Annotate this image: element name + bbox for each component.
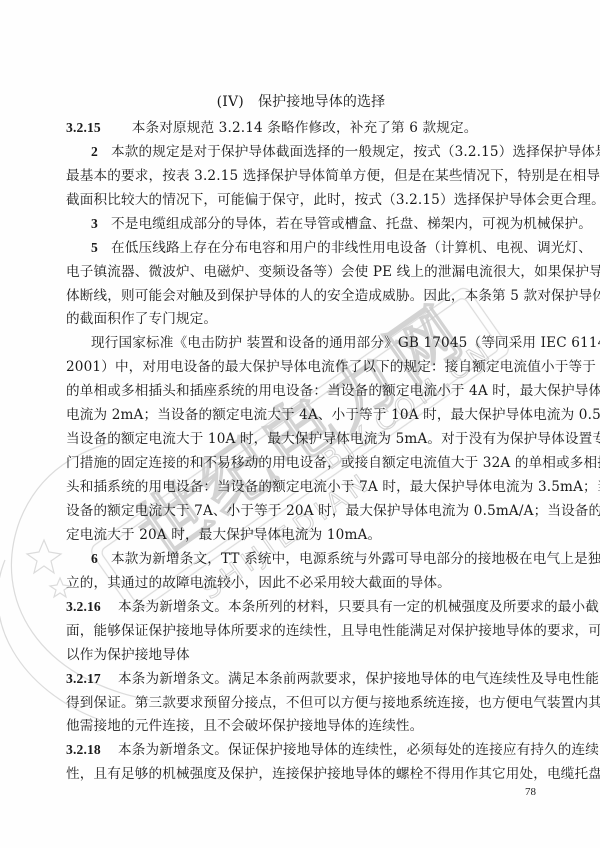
- paragraph-line: 6本款为新增条文，TT 系统中，电源系统与外露可导电部分的接地极在电气上是独: [66, 549, 536, 569]
- paragraph-line: 体断线，则可能会对触及到保护导体的人的安全造成威胁。因此，本条第 5 款对保护导…: [66, 286, 536, 306]
- item-number: 5: [91, 238, 111, 258]
- paragraph-line: 电子镇流器、微波炉、电磁炉、变频设备等）会使 PE 线上的泄漏电流很大，如果保护…: [66, 262, 536, 282]
- paragraph-line: 现行国家标准《电击防护 装置和设备的通用部分》GB 17045（等同采用 IEC…: [66, 333, 536, 353]
- clause-number: 3.2.17: [66, 669, 118, 689]
- line-text: 本款的规定是对于保护导体截面选择的一般规定，按式（3.2.15）选择保护导体是: [111, 144, 600, 160]
- item-number: 6: [91, 549, 111, 569]
- paragraph-line: 的单相或多相插头和插座系统的用电设备：当设备的额定电流小于 4A 时，最大保护导…: [66, 381, 536, 401]
- document-page: 世纪电力网 SHIJIEDIAN BJY.COM.CN (IV) 保护接地导体的…: [0, 0, 600, 848]
- paragraph-line: 得到保证。第三款要求预留分接点，不但可以方便与接地系统连接，也方便电气装置内其: [66, 693, 536, 713]
- paragraph-line: 3.2.15 本条对原规范 3.2.14 条略作修改，补充了第 6 款规定。: [66, 118, 536, 138]
- paragraph-line: 以作为保护接地导体: [66, 645, 536, 665]
- paragraph-line: 他需接地的元件连接，且不会破坏保护接地导体的连续性。: [66, 716, 536, 736]
- paragraph-line: 的截面积作了专门规定。: [66, 309, 536, 329]
- paragraph-line: 3.2.18本条为新增条文。保证保护接地导体的连续性，必须每处的连接应有持久的连…: [66, 740, 536, 760]
- line-text: 本款为新增条文，TT 系统中，电源系统与外露可导电部分的接地极在电气上是独: [111, 551, 600, 567]
- paragraph-line: 头和插系统的用电设备：当设备的额定电流小于 7A 时，最大保护导体电流为 3.5…: [66, 477, 536, 497]
- section-title: (IV) 保护接地导体的选择: [66, 92, 536, 112]
- line-text: 本条对原规范 3.2.14 条略作修改，补充了第 6 款规定。: [118, 120, 477, 136]
- line-text: 本条为新增条文。保证保护接地导体的连续性，必须每处的连接应有持久的连续: [118, 742, 599, 758]
- line-text: 本条为新增条文。满足本条前两款要求，保护接地导体的电气连续性及导电性能: [118, 671, 599, 687]
- paragraph-line: 截面积比较大的情况下，可能偏于保守，此时，按式（3.2.15）选择保护导体会更合…: [66, 190, 536, 210]
- paragraph-line: 定电流大于 20A 时，最大保护导体电流为 10mA。: [66, 525, 536, 545]
- paragraph-line: 2本款的规定是对于保护导体截面选择的一般规定，按式（3.2.15）选择保护导体是: [66, 142, 536, 162]
- line-text: 不是电缆组成部分的导体，若在导管或槽盒、托盘、梯架内，可视为机械保护。: [111, 216, 592, 232]
- paragraph-line: 2001）中，对用电设备的最大保护导体电流作了以下的规定：接自额定电流值小于等于…: [66, 357, 536, 377]
- paragraph-line: 当设备的额定电流大于 10A 时，最大保护导体电流为 5mA。对于没有为保护导体…: [66, 429, 536, 449]
- clause-number: 3.2.16: [66, 597, 118, 617]
- paragraph-line: 最基本的要求，按表 3.2.15 选择保护导体简单方便，但是在某些情况下，特别是…: [66, 166, 536, 186]
- paragraph-line: 性，且有足够的机械强度及保护，连接保护接地导体的螺栓不得用作其它用处，电缆托盘、: [66, 764, 536, 784]
- clause-number: 3.2.15: [66, 118, 118, 138]
- paragraph-line: 门措施的固定连接的和不易移动的用电设备，或接自额定电流值大于 32A 的单相或多…: [66, 453, 536, 473]
- paragraph-line: 3不是电缆组成部分的导体，若在导管或槽盒、托盘、梯架内，可视为机械保护。: [66, 214, 536, 234]
- paragraph-line: 电流为 2mA；当设备的额定电流大于 4A、小于等于 10A 时，最大保护导体电…: [66, 405, 536, 425]
- page-number: 78: [510, 786, 536, 798]
- paragraph-line: 3.2.17本条为新增条文。满足本条前两款要求，保护接地导体的电气连续性及导电性…: [66, 669, 536, 689]
- item-number: 2: [91, 142, 111, 162]
- paragraph-line: 面，能够保证保护接地导体所要求的连续性，且导电性能满足对保护接地导体的要求，可: [66, 621, 536, 641]
- clause-number: 3.2.18: [66, 740, 118, 760]
- line-text: 本条为新增条文。本条所列的材料，只要具有一定的机械强度及所要求的最小截: [118, 599, 599, 615]
- paragraph-line: 5在低压线路上存在分布电容和用户的非线性用电设备（计算机、电视、调光灯、: [66, 238, 536, 258]
- item-number: 3: [91, 214, 111, 234]
- line-text: 在低压线路上存在分布电容和用户的非线性用电设备（计算机、电视、调光灯、: [111, 240, 592, 256]
- paragraph-line: 3.2.16本条为新增条文。本条所列的材料，只要具有一定的机械强度及所要求的最小…: [66, 597, 536, 617]
- paragraph-line: 设备的额定电流大于 7A、小于等于 20A 时，最大保护导体电流为 0.5mA/…: [66, 501, 536, 521]
- paragraph-line: 立的，其通过的故障电流较小，因此不必采用较大截面的导体。: [66, 573, 536, 593]
